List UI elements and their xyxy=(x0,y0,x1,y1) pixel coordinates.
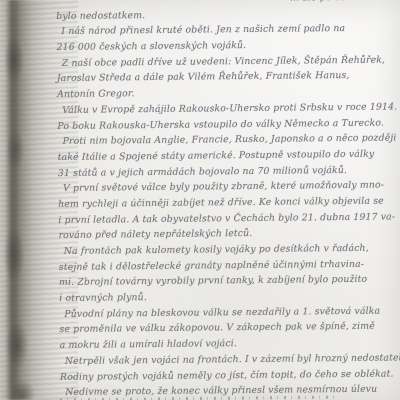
scanned-page: … ale po celou válku bylo nedostatkem.I … xyxy=(0,0,400,400)
handwriting-block: … ale po celou válku bylo nedostatkem.I … xyxy=(56,0,398,400)
handwritten-lines: bylo nedostatkem.I náš národ přinesl kru… xyxy=(56,5,398,400)
